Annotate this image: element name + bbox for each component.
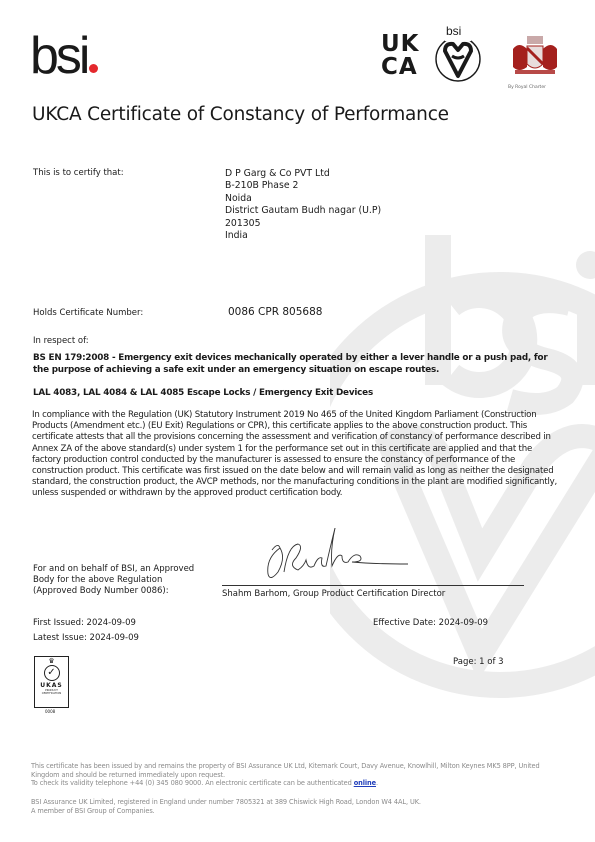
footer-property-notice: This certificate has been issued by and … [31, 762, 561, 779]
first-issued-label: First Issued: [33, 618, 84, 628]
address-line: 201305 [225, 218, 381, 230]
effective-date: Effective Date: 2024-09-09 [373, 618, 488, 628]
bsi-logo-text: bsi [30, 27, 87, 85]
holder-name: D P Garg & Co PVT Ltd [225, 168, 381, 180]
footer-registration: BSI Assurance UK Limited, registered in … [31, 798, 561, 815]
latest-issue-label: Latest Issue: [33, 633, 87, 643]
product-description: LAL 4083, LAL 4084 & LAL 4085 Escape Loc… [33, 388, 373, 398]
address-line: Noida [225, 193, 381, 205]
address-line: B-210B Phase 2 [225, 180, 381, 192]
footer-group-text: A member of BSI Group of Companies. [31, 807, 561, 816]
footer-validity-text: To check its validity telephone +44 (0) … [31, 779, 354, 787]
ukas-number: 0008 [45, 709, 55, 714]
online-link[interactable]: online [354, 779, 376, 787]
behalf-statement: For and on behalf of BSI, an Approved Bo… [33, 564, 194, 597]
footer-punctuation: . [376, 779, 378, 787]
royal-charter-caption: By Royal Charter [508, 85, 546, 90]
footer-registration-text: BSI Assurance UK Limited, registered in … [31, 798, 561, 807]
certificate-number-label: Holds Certificate Number: [33, 308, 143, 318]
ukas-mark: ♛ ✓ UKAS PRODUCT CERTIFICATION [34, 656, 69, 708]
behalf-line: (Approved Body Number 0086): [33, 586, 194, 597]
latest-issue-date: 2024-09-09 [90, 633, 139, 643]
certificate-number: 0086 CPR 805688 [228, 306, 322, 318]
effective-date-value: 2024-09-09 [439, 618, 488, 628]
footer-validity: This certificate has been issued by and … [31, 762, 561, 788]
ukca-mark: UK CA [381, 33, 420, 79]
ukas-sub: CERTIFICATION [35, 692, 68, 695]
crown-icon: ♛ [35, 657, 68, 665]
bsi-logo-dot [89, 64, 98, 73]
in-respect-of-label: In respect of: [33, 336, 89, 346]
kitemark-label: bsi [446, 24, 461, 38]
page-number: Page: 1 of 3 [453, 657, 504, 667]
royal-charter-crest-icon [505, 34, 565, 84]
certify-label: This is to certify that: [33, 168, 124, 178]
signature-image [258, 528, 408, 583]
ukas-label: UKAS [35, 682, 68, 689]
address-line: India [225, 230, 381, 242]
holder-address: D P Garg & Co PVT Ltd B-210B Phase 2 Noi… [225, 168, 381, 242]
effective-date-label: Effective Date: [373, 618, 436, 628]
bsi-logo: bsi [30, 30, 98, 82]
checkmark-icon: ✓ [44, 665, 60, 681]
ukca-mark-line1: UK [381, 33, 420, 56]
page-title: UKCA Certificate of Constancy of Perform… [32, 104, 449, 125]
footer-validity-line: To check its validity telephone +44 (0) … [31, 779, 561, 788]
signature-line [222, 585, 524, 586]
standard-description: BS EN 179:2008 - Emergency exit devices … [33, 353, 563, 376]
address-line: District Gautam Budh nagar (U.P) [225, 205, 381, 217]
signatory-name: Shahm Barhom, Group Product Certificatio… [222, 589, 445, 599]
first-issued-date: 2024-09-09 [87, 618, 136, 628]
ukca-mark-line2: CA [381, 56, 420, 79]
behalf-line: For and on behalf of BSI, an Approved [33, 564, 194, 575]
compliance-statement: In compliance with the Regulation (UK) S… [32, 410, 562, 500]
first-issued: First Issued: 2024-09-09 [33, 618, 136, 628]
behalf-line: Body for the above Regulation [33, 575, 194, 586]
latest-issue: Latest Issue: 2024-09-09 [33, 633, 139, 643]
